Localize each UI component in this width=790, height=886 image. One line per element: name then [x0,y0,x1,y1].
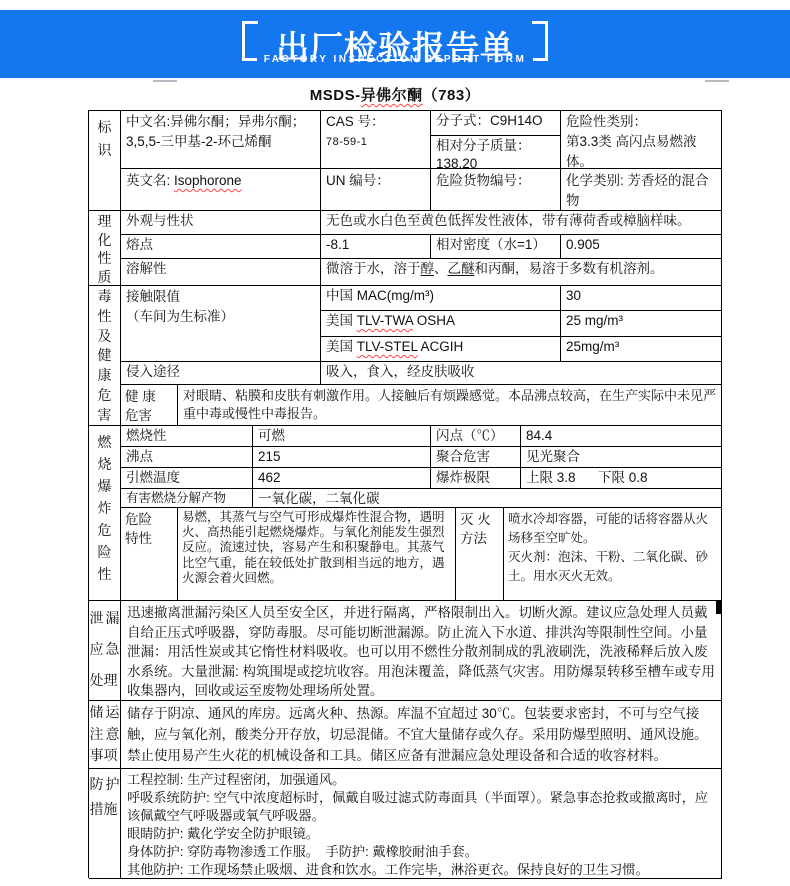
storage-text: 储存于阴凉、通风的库房。远离火种、热源。库温不宜超过 30℃。包装要求密封，不可… [121,701,722,769]
flash-point-value: 84.4 [521,426,722,447]
melting-row: 熔点 -8.1 相对密度（水=1） 0.905 [121,235,722,259]
cell-cn-name: 中文名:异佛尔酮；异弗尔酮；3,5,5-三甲基-2-环己烯酮 [121,111,321,169]
explosion-label: 爆炸极限 [431,468,521,489]
route-value: 吸入，食入，经皮肤吸收 [321,362,722,385]
protection-row: 工程控制: 生产过程密闭，加强通风。 呼吸系统防护: 空气中浓度超标时，佩戴自吸… [121,769,722,879]
storage-body: 储存于阴凉、通风的库房。远离火种、热源。库温不宜超过 30℃。包装要求密封，不可… [121,701,722,769]
section-leak: 泄漏应急处理 迅速撤离泄漏污染区人员至安全区，并进行隔离，严格限制出入。切断火源… [89,601,722,701]
section-header-physical: 理化性质 [89,211,121,286]
limit-rows: 中国 MAC(mg/m³) 30 美国 TLV-TWA OSHA 25 mg/m… [321,286,722,362]
cas-label: CAS 号： [326,112,425,132]
solubility-label: 溶解性 [121,259,321,286]
boiling-row: 沸点 215 聚合危害 见光聚合 [121,447,722,468]
msds-table: 标识 中文名:异佛尔酮；异弗尔酮；3,5,5-三甲基-2-环己烯酮 CAS 号：… [88,110,722,878]
density-value: 0.905 [561,235,722,259]
section-header-identification: 标识 [89,111,121,211]
cell-formula: 分子式：C9H14O [431,111,561,136]
banner-subtitle: FACTORY INSPECTION REPORT FORM [264,54,527,65]
cell-cas: CAS 号： 78-59-1 [321,111,431,169]
flash-point-label: 闪点（℃） [431,426,521,447]
section-fire-explosion: 燃烧爆炸危险性 燃烧性 可燃 闪点（℃） 84.4 沸点 215 聚合危害 见光… [89,426,722,601]
leak-body: 迅速撤离泄漏污染区人员至安全区，并进行隔离，严格限制出入。切断火源。建议应急处理… [121,601,722,701]
section-identification: 标识 中文名:异佛尔酮；异弗尔酮；3,5,5-三甲基-2-环己烯酮 CAS 号：… [89,111,722,211]
health-hazard-label: 健 康 危害 [121,385,178,426]
doc-title-suffix: （783） [423,87,481,104]
leak-text: 迅速撤离泄漏污染区人员至安全区，并进行隔离，严格限制出入。切断火源。建议应急处理… [121,601,722,701]
section-header-storage: 储运注意事项 [89,701,121,769]
edge-tick-mark [716,601,722,614]
protection-text: 工程控制: 生产过程密闭，加强通风。 呼吸系统防护: 空气中浓度超标时，佩戴自吸… [121,769,722,879]
identification-body: 中文名:异佛尔酮；异弗尔酮；3,5,5-三甲基-2-环己烯酮 CAS 号： 78… [121,111,722,211]
storage-row: 储存于阴凉、通风的库房。远离火种、热源。库温不宜超过 30℃。包装要求密封，不可… [121,701,722,769]
melting-value: -8.1 [321,235,431,259]
products-value: 一氧化碳，二氧化碳 [253,489,722,508]
section-header-leak: 泄漏应急处理 [89,601,121,701]
mac-label: 中国 MAC(mg/m³) [321,286,561,311]
section-toxicity: 毒性及健康危害 接触限值 （车间为生标准） 中国 MAC(mg/m³) 30 美… [89,286,722,426]
physical-body: 外观与性状 无色或水白色至黄色低挥发性液体，带有薄荷香或樟脑样味。 熔点 -8.… [121,211,722,286]
mw-label: 相对分子质量： [436,137,555,155]
section-storage: 储运注意事项 储存于阴凉、通风的库房。远离火种、热源。库温不宜超过 30℃。包装… [89,701,722,769]
boiling-label: 沸点 [121,447,253,468]
banner-inner: 出厂检验报告单 FACTORY INSPECTION REPORT FORM [258,10,532,78]
stel-row: 美国 TLV-STEL ACGIH 25mg/m³ [321,337,722,362]
melting-label: 熔点 [121,235,321,259]
hazard-characteristics-row: 危险 特性 易燃，其蒸气与空气可形成爆炸性混合物，遇明火、高热能引起燃烧爆炸。与… [121,508,722,601]
banner-subtitle-row: FACTORY INSPECTION REPORT FORM [242,54,548,65]
protection-line: 工程控制: 生产过程密闭，加强通风。 [127,771,715,789]
cell-un-number: UN 编号： [321,169,431,211]
en-name-value: Isophorone [174,173,242,188]
fire-body: 燃烧性 可燃 闪点（℃） 84.4 沸点 215 聚合危害 见光聚合 引燃温度 … [121,426,722,601]
leak-row: 迅速撤离泄漏污染区人员至安全区，并进行隔离，严格限制出入。切断火源。建议应急处理… [121,601,722,701]
cell-en-name: 英文名: Isophorone [121,169,321,211]
flammability-value: 可燃 [253,426,431,447]
protection-line: 身体防护: 穿防毒物渗透工作服。 手防护: 戴橡胶耐油手套。 [127,843,715,861]
crop-mark-right [705,80,729,82]
subtitle-rule-right [533,58,548,61]
section-header-fire: 燃烧爆炸危险性 [89,426,121,601]
ignition-label: 引燃温度 [121,468,253,489]
section-protection: 防护措施 工程控制: 生产过程密闭，加强通风。 呼吸系统防护: 空气中浓度超标时… [89,769,722,879]
mw-value: 138.20 [436,155,555,169]
identification-row-2: 英文名: Isophorone UN 编号： 危险货物编号： 化学类别: 芳香烃… [121,169,722,211]
health-hazard-text: 对眼睛、粘膜和皮肤有刺激作用。人接触后有烦躁感觉。本品沸点较高，在生产实际中未见… [178,385,722,426]
cell-hazard-class: 危险性类别： 第3.3类 高闪点易燃液体。 [561,111,722,169]
appearance-value: 无色或水白色至黄色低挥发性液体，带有薄荷香或樟脑样味。 [321,211,722,235]
report-banner: 出厂检验报告单 FACTORY INSPECTION REPORT FORM [0,10,790,78]
doc-title: MSDS-异佛尔酮（783） [0,84,790,105]
cell-chem-class: 化学类别: 芳香烃的混合物 [561,169,722,211]
section-header-protection: 防护措施 [89,769,121,879]
poly-value: 见光聚合 [521,447,722,468]
mac-value: 30 [561,286,722,311]
twa-label: 美国 TLV-TWA OSHA [321,311,561,337]
cas-value: 78-59-1 [326,132,425,152]
products-label: 有害燃烧分解产物 [121,489,253,508]
limit-label: 接触限值 （车间为生标准） [121,286,321,362]
stel-value: 25mg/m³ [561,337,722,362]
combustion-products-row: 有害燃烧分解产物 一氧化碳，二氧化碳 [121,489,722,508]
identification-row-1: 中文名:异佛尔酮；异弗尔酮；3,5,5-三甲基-2-环己烯酮 CAS 号： 78… [121,111,722,169]
solubility-row: 溶解性 微溶于水，溶于醇、乙醚和丙酮，易溶于多数有机溶剂。 [121,259,722,286]
flammability-row: 燃烧性 可燃 闪点（℃） 84.4 [121,426,722,447]
cell-dg-number: 危险货物编号： [431,169,561,211]
explosion-value: 上限 3.8 下限 0.8 [521,468,722,489]
section-header-toxicity: 毒性及健康危害 [89,286,121,426]
twa-value: 25 mg/m³ [561,311,722,337]
boiling-value: 215 [253,447,431,468]
ignition-value: 462 [253,468,431,489]
ignition-row: 引燃温度 462 爆炸极限 上限 3.8 下限 0.8 [121,468,722,489]
hazard-class-label: 危险性类别： [566,112,716,132]
appearance-row: 外观与性状 无色或水白色至黄色低挥发性液体，带有薄荷香或樟脑样味。 [121,211,722,235]
stel-label: 美国 TLV-STEL ACGIH [321,337,561,362]
cell-mol-weight: 相对分子质量： 138.20 [431,136,561,169]
appearance-label: 外观与性状 [121,211,321,235]
route-row: 侵入途径 吸入，食入，经皮肤吸收 [121,362,722,385]
hazard-class-value: 第3.3类 高闪点易燃液体。 [566,132,716,169]
subtitle-rule-left [242,58,257,61]
health-hazard-row: 健 康 危害 对眼睛、粘膜和皮肤有刺激作用。人接触后有烦躁感觉。本品沸点较高，在… [121,385,722,426]
section-physical: 理化性质 外观与性状 无色或水白色至黄色低挥发性液体，带有薄荷香或樟脑样味。 熔… [89,211,722,286]
doc-title-product: 异佛尔酮 [361,87,423,104]
protection-body: 工程控制: 生产过程密闭，加强通风。 呼吸系统防护: 空气中浓度超标时，佩戴自吸… [121,769,722,879]
density-label: 相对密度（水=1） [431,235,561,259]
protection-line: 呼吸系统防护: 空气中浓度超标时，佩戴自吸过滤式防毒面具（半面罩）。紧急事态抢救… [127,789,715,825]
hazard-char-text: 易燃，其蒸气与空气可形成爆炸性混合物，遇明火、高热能引起燃烧爆炸。与氧化剂能发生… [178,508,456,601]
protection-line: 其他防护: 工作现场禁止吸烟、进食和饮水。工作完毕，淋浴更衣。保持良好的卫生习惯… [127,861,715,879]
route-label: 侵入途径 [121,362,321,385]
twa-row: 美国 TLV-TWA OSHA 25 mg/m³ [321,311,722,337]
crop-mark-left [153,80,177,82]
poly-label: 聚合危害 [431,447,521,468]
formula-stack: 分子式：C9H14O 相对分子质量： 138.20 [431,111,561,169]
protection-line: 眼睛防护: 戴化学安全防护眼镜。 [127,825,715,843]
extinguishing-label: 灭 火 方法 [456,508,504,601]
en-name-label: 英文名: [126,173,174,188]
hazard-char-label: 危险 特性 [121,508,178,601]
doc-title-prefix: MSDS- [310,87,361,104]
mac-row: 中国 MAC(mg/m³) 30 [321,286,722,311]
extinguishing-text: 喷水冷却容器，可能的话将容器从火场移至空旷处。 灭火剂：泡沫、干粉、二氧化碳、砂… [504,508,722,601]
toxicity-body: 接触限值 （车间为生标准） 中国 MAC(mg/m³) 30 美国 TLV-TW… [121,286,722,426]
flammability-label: 燃烧性 [121,426,253,447]
exposure-limits-block: 接触限值 （车间为生标准） 中国 MAC(mg/m³) 30 美国 TLV-TW… [121,286,722,362]
solubility-value: 微溶于水，溶于醇、乙醚和丙酮，易溶于多数有机溶剂。 [321,259,722,286]
